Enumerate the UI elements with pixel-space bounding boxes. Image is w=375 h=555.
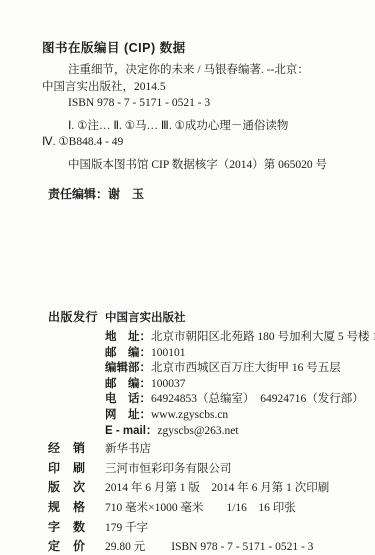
colophon-key: 电 话： [105,393,151,405]
editor-line: 责任编辑：谢 玉 [42,185,363,202]
colophon-row-address: 地 址：北京市朝阳区北苑路 180 号加利大厦 5 号楼 105 室 [48,330,363,346]
cip-record-line: 中国版本图书馆 CIP 数据核字（2014）第 065020 号 [42,157,363,174]
colophon-text: zgyscbs@263.net [157,425,238,437]
colophon-value: 电 话：64924853（总编室） 64924716（发行部） [105,392,364,408]
colophon-value: 新华书店 [105,440,151,459]
colophon-text: 100101 [151,347,186,359]
colophon-value: 三河市恒彩印务有限公司 [105,460,232,479]
colophon-key: E - mail： [105,425,157,437]
colophon-value: 710 毫米×1000 毫米 1/16 16 印张 [105,499,296,518]
colophon-key: 地 址： [105,331,151,343]
colophon-value: 网 址：www.zgyscbs.cn [105,408,228,424]
colophon-label: 定 价 [48,537,105,555]
cip-classification-line-1: Ⅰ. ①注… Ⅱ. ①马… Ⅲ. ①成功心理－通俗读物 [42,118,363,135]
colophon-label: 出版发行 [48,306,105,329]
colophon-text: 北京市朝阳区北苑路 180 号加利大厦 5 号楼 105 室 [151,331,375,343]
cip-isbn-line: ISBN 978 - 7 - 5171 - 0521 - 3 [42,95,363,112]
colophon-row-distributor: 经 销 新华书店 [48,439,363,459]
colophon-value: 邮 编：100101 [105,346,186,362]
cip-classification-line-2: Ⅳ. ①B848.4 - 49 [42,134,363,151]
colophon-label: 字 数 [48,518,105,537]
colophon-text: 64924853（总编室） 64924716（发行部） [151,393,364,405]
editor-label: 责任编辑： [48,187,108,201]
colophon-row-price: 定 价 29.80 元ISBN 978 - 7 - 5171 - 0521 - … [48,537,363,555]
colophon-block: 出版发行 中国言实出版社 地 址：北京市朝阳区北苑路 180 号加利大厦 5 号… [42,306,363,555]
colophon-value: 179 千字 [105,519,148,538]
cip-heading: 图书在版编目 (CIP) 数据 [42,38,363,56]
colophon-label: 版 次 [48,478,105,497]
editor-name: 谢 玉 [108,187,144,201]
cip-entry-line-1: 注重细节，决定你的未来 / 马银春编著. --北京： [42,62,363,79]
cip-entry-line-2: 中国言实出版社，2014.5 [42,79,363,96]
copyright-page: 图书在版编目 (CIP) 数据 注重细节，决定你的未来 / 马银春编著. --北… [0,0,375,555]
colophon-text: 北京市西城区百万庄大街甲 16 号五层 [151,362,341,374]
colophon-row-email: E - mail：zgyscbs@263.net [48,424,363,440]
colophon-label: 规 格 [48,498,105,517]
colophon-row-editorial-dept: 编辑部：北京市西城区百万庄大街甲 16 号五层 [48,361,363,377]
colophon-row-edition: 版 次 2014 年 6 月第 1 版 2014 年 6 月第 1 次印刷 [48,478,363,498]
colophon-row-website: 网 址：www.zgyscbs.cn [48,408,363,424]
colophon-key: 网 址： [105,409,151,421]
colophon-value: 中国言实出版社 [105,307,186,330]
colophon-row-phone: 电 话：64924853（总编室） 64924716（发行部） [48,392,363,408]
colophon-label: 印 刷 [48,459,105,478]
colophon-row-printer: 印 刷 三河市恒彩印务有限公司 [48,459,363,479]
colophon-row-zipcode-2: 邮 编：100037 [48,377,363,393]
colophon-value: 29.80 元ISBN 978 - 7 - 5171 - 0521 - 3 [105,538,313,555]
colophon-value: 编辑部：北京市西城区百万庄大街甲 16 号五层 [105,361,341,377]
colophon-row-wordcount: 字 数 179 千字 [48,518,363,538]
colophon-row-zipcode: 邮 编：100101 [48,346,363,362]
colophon-key: 邮 编： [105,378,151,390]
price-text: 29.80 元 [105,541,145,553]
isbn-text: ISBN 978 - 7 - 5171 - 0521 - 3 [171,541,313,553]
colophon-value: E - mail：zgyscbs@263.net [105,424,239,440]
colophon-value: 2014 年 6 月第 1 版 2014 年 6 月第 1 次印刷 [105,479,329,498]
colophon-value: 地 址：北京市朝阳区北苑路 180 号加利大厦 5 号楼 105 室 [105,330,375,346]
colophon-label: 经 销 [48,439,105,458]
colophon-row-publisher: 出版发行 中国言实出版社 [48,306,363,330]
colophon-text: www.zgyscbs.cn [151,409,228,421]
colophon-key: 邮 编： [105,347,151,359]
colophon-row-format: 规 格 710 毫米×1000 毫米 1/16 16 印张 [48,498,363,518]
colophon-text: 100037 [151,378,186,390]
colophon-key: 编辑部： [105,362,151,374]
colophon-value: 邮 编：100037 [105,377,186,393]
